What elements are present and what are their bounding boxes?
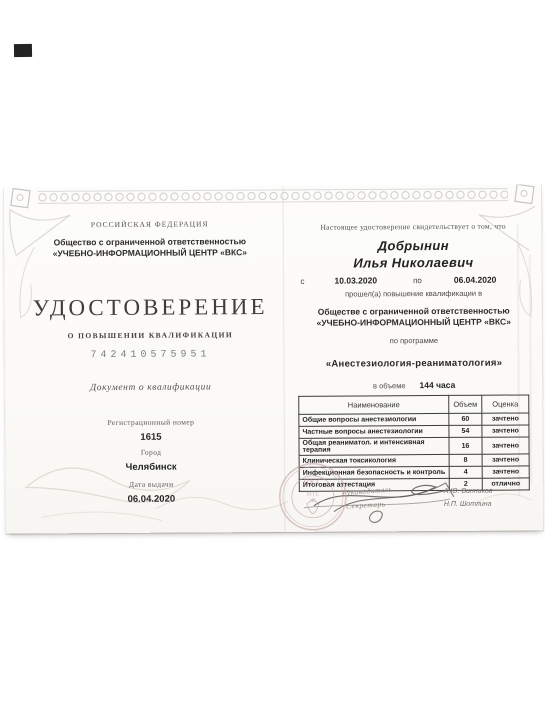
- org-line2: «УЧЕБНО-ИНФОРМАЦИОННЫЙ ЦЕНТР «ВКС»: [53, 247, 247, 258]
- from-label: с: [300, 277, 304, 286]
- training-org-line2: «УЧЕБНО-ИНФОРМАЦИОННЫЙ ЦЕНТР «ВКС»: [317, 317, 511, 328]
- holder-name-patronymic: Илья Николаевич: [292, 254, 534, 270]
- registration-number-label: Регистрационный номер: [33, 417, 268, 427]
- stamp-text-top: ВКС: [302, 477, 324, 489]
- training-organization: Обществе с ограниченной ответственностью…: [293, 305, 535, 328]
- column-header-name: Наименование: [299, 395, 449, 414]
- table-row: Общая реаниматол. и интенсивная терапия …: [299, 437, 529, 455]
- subject-hours: 60: [449, 413, 482, 425]
- column-header-grade: Оценка: [482, 395, 529, 413]
- signatory-name-director: А.Ю. Винников: [444, 485, 493, 498]
- organization-stamp: ВКС МТЕ: [274, 460, 352, 532]
- stamp-text-inner: МТЕ: [306, 492, 319, 498]
- program-label: по программе: [293, 335, 535, 345]
- country-label: РОССИЙСКАЯ ФЕДЕРАЦИЯ: [32, 219, 267, 229]
- subject-hours: 16: [449, 437, 482, 454]
- subject-grade: зачтено: [482, 454, 529, 466]
- holder-surname: Добрынин: [292, 237, 534, 253]
- column-header-hours: Объем: [449, 395, 482, 413]
- city-value: Челябинск: [34, 461, 269, 473]
- training-period: с 10.03.2020 по 06.04.2020: [292, 274, 534, 285]
- training-org-line1: Обществе с ограниченной ответственностью: [318, 306, 510, 317]
- subject-grade: зачтено: [482, 437, 529, 454]
- volume-value: 144 часа: [419, 380, 455, 390]
- subject-hours: 54: [449, 425, 482, 437]
- volume-label: в объеме: [373, 381, 406, 390]
- registration-number: 1615: [33, 431, 268, 443]
- subject-name: Частные вопросы анестезиологии: [299, 425, 449, 438]
- document-kind: Документ о квалификации: [33, 382, 268, 393]
- intro-statement: Настоящее удостоверение свидетельствует …: [292, 221, 534, 231]
- city-label: Город: [34, 447, 269, 457]
- table-header-row: Наименование Объем Оценка: [299, 395, 529, 414]
- issue-date-value: 06.04.2020: [34, 493, 269, 505]
- issue-date-label: Дата выдачи: [34, 479, 269, 489]
- signatory-name-secretary: Н.П. Шотлина: [444, 498, 492, 511]
- to-label: по: [413, 276, 422, 285]
- scan-artifact-mark: [14, 44, 32, 57]
- volume-row: в объеме144 часа: [293, 379, 535, 390]
- certificate-title: УДОСТОВЕРЕНИЕ: [33, 294, 268, 321]
- org-line1: Общество с ограниченной ответственностью: [54, 236, 246, 247]
- subject-grade: зачтено: [482, 413, 529, 425]
- completed-statement: прошел(а) повышение квалификации в: [293, 288, 535, 298]
- certificate-subtitle: О ПОВЫШЕНИИ КВАЛИФИКАЦИИ: [33, 330, 268, 340]
- subject-hours: 8: [449, 454, 482, 466]
- program-name: «Анестезиология-реаниматология»: [293, 357, 535, 369]
- subject-name: Общие вопросы анестезиологии: [299, 413, 449, 426]
- certificate-page: РОССИЙСКАЯ ФЕДЕРАЦИЯ Общество с ограниче…: [3, 184, 544, 533]
- subject-grade: зачтено: [482, 425, 529, 437]
- date-from: 10.03.2020: [334, 275, 377, 285]
- subject-name: Общая реаниматол. и интенсивная терапия: [299, 437, 449, 455]
- issuing-organization: Общество с ограниченной ответственностью…: [32, 236, 267, 259]
- date-to: 06.04.2020: [454, 275, 497, 285]
- blank-number: 742410575951: [33, 349, 268, 361]
